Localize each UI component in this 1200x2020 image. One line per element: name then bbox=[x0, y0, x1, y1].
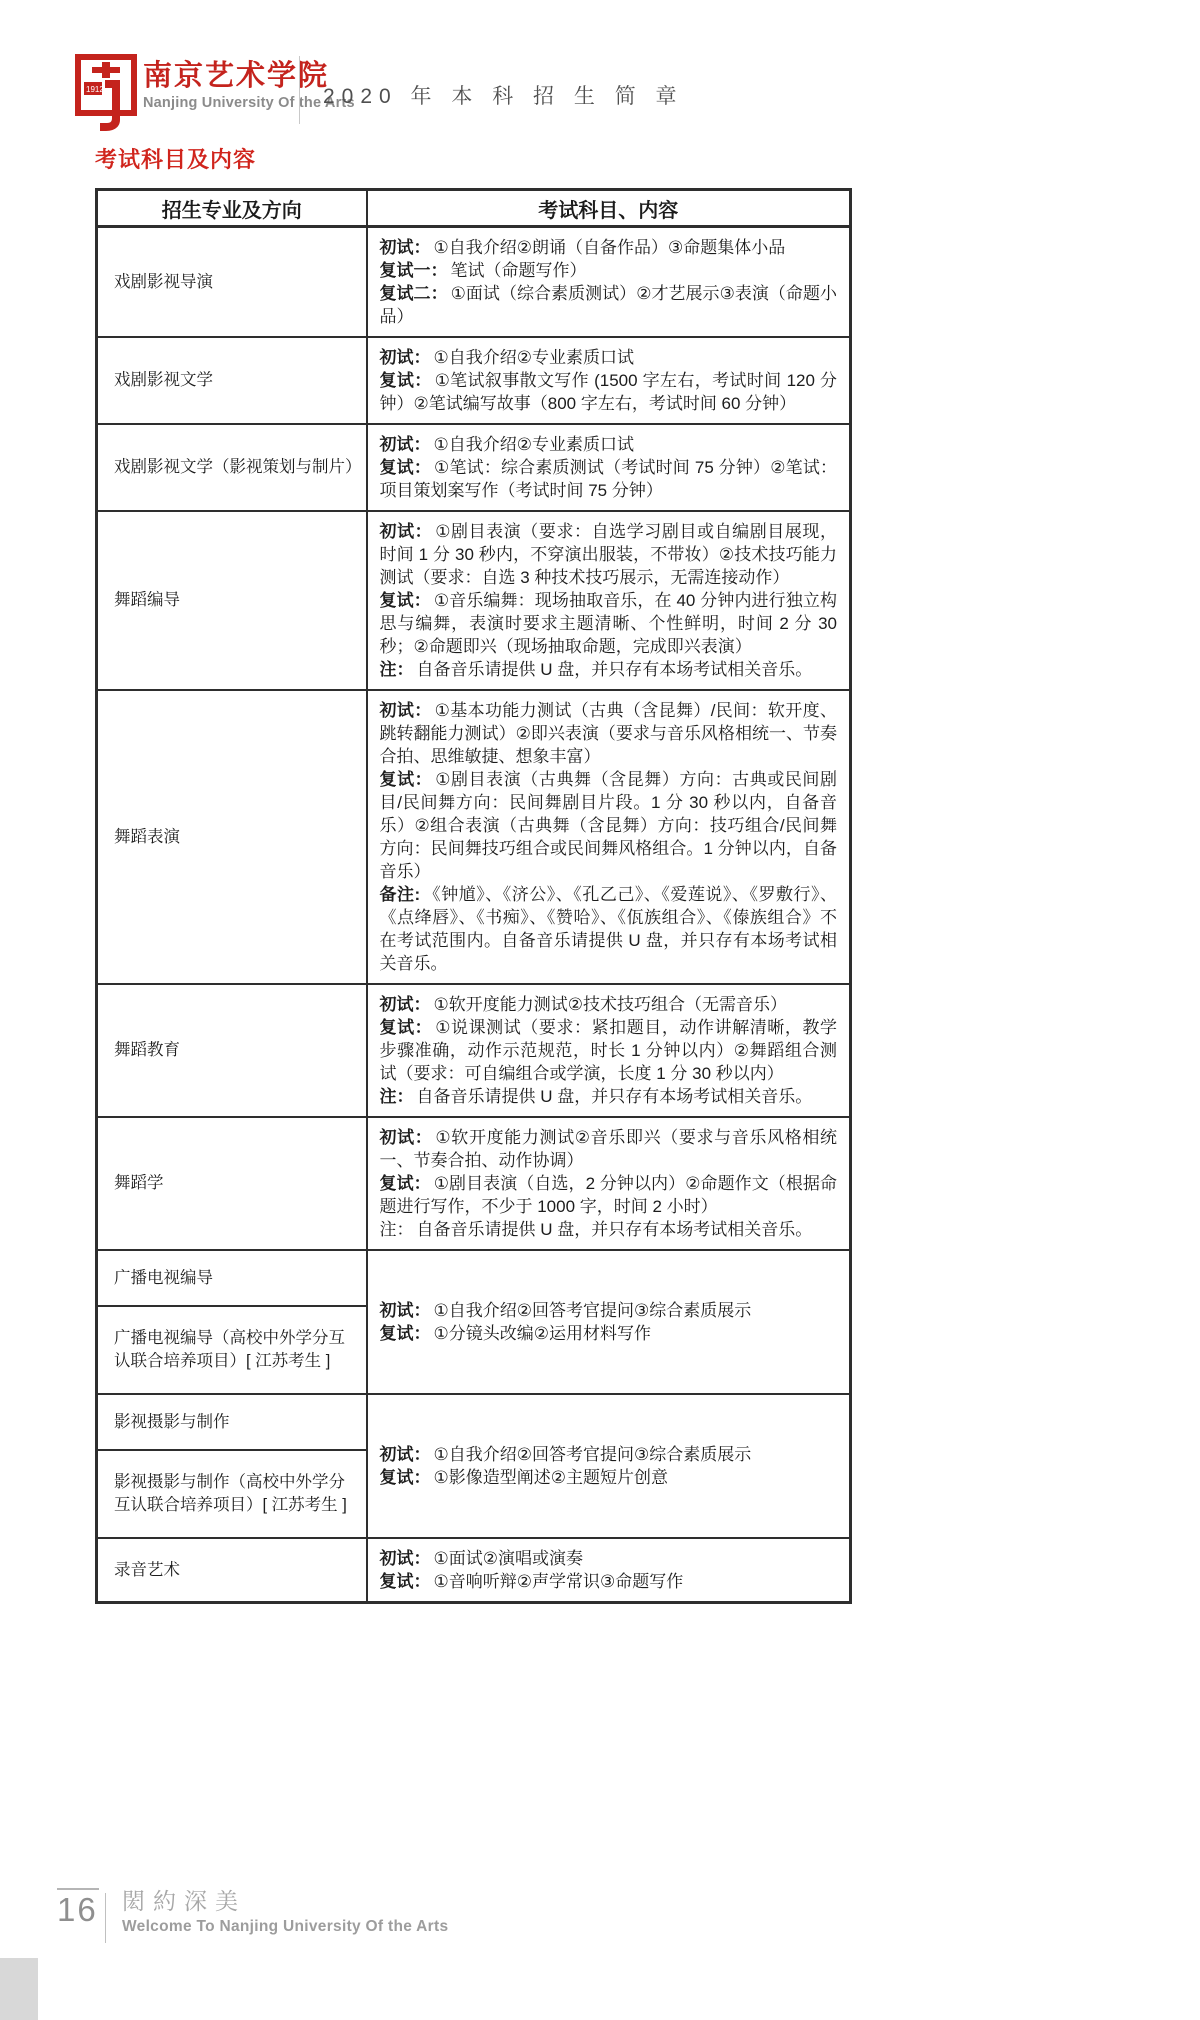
exam-stage-label: 复试： bbox=[380, 591, 431, 610]
major-cell: 戏剧影视文学 bbox=[97, 337, 367, 424]
exam-stage-label: 注： bbox=[380, 1220, 414, 1239]
page-number: 16 bbox=[57, 1891, 99, 1929]
major-cell: 戏剧影视文学（影视策划与制片） bbox=[97, 424, 367, 511]
table-header-row: 招生专业及方向 考试科目、内容 bbox=[97, 190, 851, 227]
exam-stage-label: 复试： bbox=[380, 458, 432, 477]
exam-content-cell: 初试：①剧目表演（要求：自选学习剧目或自编剧目展现，时间 1 分 30 秒内，不… bbox=[367, 511, 851, 690]
exam-line: 复试：①分镜头改编②运用材料写作 bbox=[380, 1322, 838, 1345]
exam-stage-label: 复试： bbox=[380, 770, 433, 789]
table-row: 影视摄影与制作初试：①自我介绍②回答考官提问③综合素质展示复试：①影像造型阐述②… bbox=[97, 1394, 851, 1450]
table-row: 戏剧影视导演初试：①自我介绍②朗诵（自备作品）③命题集体小品复试一：笔试（命题写… bbox=[97, 227, 851, 338]
exam-stage-label: 复试： bbox=[380, 1468, 431, 1487]
exam-line: 初试：①软开度能力测试②技术技巧组合（无需音乐） bbox=[380, 993, 838, 1016]
exam-subjects-table: 招生专业及方向 考试科目、内容 戏剧影视导演初试：①自我介绍②朗诵（自备作品）③… bbox=[95, 188, 852, 1604]
exam-stage-label: 复试： bbox=[380, 1324, 431, 1343]
major-cell: 影视摄影与制作 bbox=[97, 1394, 367, 1450]
brochure-page: 1912 南京艺术学院 Nanjing University Of the Ar… bbox=[0, 0, 1200, 2020]
document-title: 2020 年 本 科 招 生 简 章 bbox=[323, 80, 684, 110]
exam-line: 初试：①软开度能力测试②音乐即兴（要求与音乐风格相统一、节奏合拍、动作协调） bbox=[380, 1126, 838, 1172]
table-body: 戏剧影视导演初试：①自我介绍②朗诵（自备作品）③命题集体小品复试一：笔试（命题写… bbox=[97, 227, 851, 1603]
exam-stage-label: 复试： bbox=[380, 1572, 431, 1591]
major-cell: 舞蹈学 bbox=[97, 1117, 367, 1250]
exam-line: 复试：①剧目表演（古典舞（含昆舞）方向：古典或民间剧目/民间舞方向：民间舞剧目片… bbox=[380, 768, 838, 883]
exam-stage-label: 初试： bbox=[380, 348, 431, 367]
major-cell: 录音艺术 bbox=[97, 1538, 367, 1603]
col-header-majors: 招生专业及方向 bbox=[97, 190, 367, 227]
footer-divider bbox=[105, 1893, 106, 1943]
logo-year: 1912 bbox=[86, 85, 104, 94]
table-row: 录音艺术初试：①面试②演唱或演奏复试：①音响听辩②声学常识③命题写作 bbox=[97, 1538, 851, 1603]
section-title: 考试科目及内容 bbox=[95, 143, 256, 174]
exam-line: 复试：①笔试叙事散文写作 (1500 字左右，考试时间 120 分钟）②笔试编写… bbox=[380, 369, 838, 415]
exam-line: 初试：①基本功能力测试（古典（含昆舞）/民间：软开度、跳转翻能力测试）②即兴表演… bbox=[380, 699, 838, 768]
footer-text-block: 閎約深美 Welcome To Nanjing University Of th… bbox=[122, 1888, 448, 1936]
exam-line: 初试：①自我介绍②专业素质口试 bbox=[380, 433, 838, 456]
exam-stage-label: 备注: bbox=[380, 885, 421, 904]
page-footer: 16 閎約深美 Welcome To Nanjing University Of… bbox=[57, 1888, 448, 1943]
major-cell: 影视摄影与制作（高校中外学分互认联合培养项目）[ 江苏考生 ] bbox=[97, 1450, 367, 1538]
welcome-text: Welcome To Nanjing University Of the Art… bbox=[122, 1918, 448, 1936]
exam-line: 初试：①自我介绍②专业素质口试 bbox=[380, 346, 838, 369]
exam-line: 初试：①自我介绍②朗诵（自备作品）③命题集体小品 bbox=[380, 236, 838, 259]
major-cell: 戏剧影视导演 bbox=[97, 227, 367, 338]
exam-line: 初试：①自我介绍②回答考官提问③综合素质展示 bbox=[380, 1299, 838, 1322]
exam-line: 复试：①影像造型阐述②主题短片创意 bbox=[380, 1466, 838, 1489]
exam-line: 复试：①笔试：综合素质测试（考试时间 75 分钟）②笔试：项目策划案写作（考试时… bbox=[380, 456, 838, 502]
exam-stage-label: 初试： bbox=[380, 238, 431, 257]
table-row: 舞蹈表演初试：①基本功能力测试（古典（含昆舞）/民间：软开度、跳转翻能力测试）②… bbox=[97, 690, 851, 984]
university-seal-icon: 1912 bbox=[75, 54, 137, 132]
university-logo: 1912 bbox=[75, 54, 137, 132]
exam-stage-label: 注： bbox=[380, 660, 414, 679]
table-row: 戏剧影视文学初试：①自我介绍②专业素质口试复试：①笔试叙事散文写作 (1500 … bbox=[97, 337, 851, 424]
exam-stage-label: 初试： bbox=[380, 1128, 433, 1147]
exam-line: 注：自备音乐请提供 U 盘，并只存有本场考试相关音乐。 bbox=[380, 1085, 838, 1108]
exam-stage-label: 复试： bbox=[380, 371, 432, 390]
exam-content-cell: 初试：①基本功能力测试（古典（含昆舞）/民间：软开度、跳转翻能力测试）②即兴表演… bbox=[367, 690, 851, 984]
exam-content-cell: 初试：①自我介绍②专业素质口试复试：①笔试叙事散文写作 (1500 字左右，考试… bbox=[367, 337, 851, 424]
exam-content-cell: 初试：①面试②演唱或演奏复试：①音响听辩②声学常识③命题写作 bbox=[367, 1538, 851, 1603]
table-row: 舞蹈教育初试：①软开度能力测试②技术技巧组合（无需音乐）复试：①说课测试（要求：… bbox=[97, 984, 851, 1117]
major-cell: 舞蹈编导 bbox=[97, 511, 367, 690]
table-head: 招生专业及方向 考试科目、内容 bbox=[97, 190, 851, 227]
table-row: 戏剧影视文学（影视策划与制片）初试：①自我介绍②专业素质口试复试：①笔试：综合素… bbox=[97, 424, 851, 511]
exam-line: 备注:《钟馗》、《济公》、《孔乙己》、《爱莲说》、《罗敷行》、《点绛唇》、《书痴… bbox=[380, 883, 838, 975]
exam-line: 复试：①音响听辩②声学常识③命题写作 bbox=[380, 1570, 838, 1593]
exam-stage-label: 复试： bbox=[380, 1174, 431, 1193]
exam-stage-label: 初试： bbox=[380, 1301, 431, 1320]
exam-content-cell: 初试：①软开度能力测试②技术技巧组合（无需音乐）复试：①说课测试（要求：紧扣题目… bbox=[367, 984, 851, 1117]
exam-content-cell: 初试：①自我介绍②专业素质口试复试：①笔试：综合素质测试（考试时间 75 分钟）… bbox=[367, 424, 851, 511]
exam-content-cell: 初试：①自我介绍②回答考官提问③综合素质展示复试：①影像造型阐述②主题短片创意 bbox=[367, 1394, 851, 1538]
exam-line: 复试：①剧目表演（自选，2 分钟以内）②命题作文（根据命题进行写作，不少于 10… bbox=[380, 1172, 838, 1218]
exam-content-cell: 初试：①软开度能力测试②音乐即兴（要求与音乐风格相统一、节奏合拍、动作协调）复试… bbox=[367, 1117, 851, 1250]
exam-line: 初试：①剧目表演（要求：自选学习剧目或自编剧目展现，时间 1 分 30 秒内，不… bbox=[380, 520, 838, 589]
table-row: 舞蹈编导初试：①剧目表演（要求：自选学习剧目或自编剧目展现，时间 1 分 30 … bbox=[97, 511, 851, 690]
exam-content-cell: 初试：①自我介绍②回答考官提问③综合素质展示复试：①分镜头改编②运用材料写作 bbox=[367, 1250, 851, 1394]
table-row: 舞蹈学初试：①软开度能力测试②音乐即兴（要求与音乐风格相统一、节奏合拍、动作协调… bbox=[97, 1117, 851, 1250]
exam-stage-label: 初试： bbox=[380, 1549, 431, 1568]
exam-content-cell: 初试：①自我介绍②朗诵（自备作品）③命题集体小品复试一：笔试（命题写作）复试二：… bbox=[367, 227, 851, 338]
motto-calligraphy: 閎約深美 bbox=[122, 1888, 448, 1915]
table-row: 广播电视编导初试：①自我介绍②回答考官提问③综合素质展示复试：①分镜头改编②运用… bbox=[97, 1250, 851, 1306]
exam-line: 复试一：笔试（命题写作） bbox=[380, 259, 838, 282]
exam-stage-label: 复试一： bbox=[380, 261, 448, 280]
header-divider bbox=[299, 56, 300, 124]
exam-line: 注：自备音乐请提供 U 盘，并只存有本场考试相关音乐。 bbox=[380, 1218, 838, 1241]
exam-stage-label: 初试： bbox=[380, 435, 431, 454]
exam-line: 复试二：①面试（综合素质测试）②才艺展示③表演（命题小品） bbox=[380, 282, 838, 328]
exam-stage-label: 注： bbox=[380, 1087, 414, 1106]
exam-line: 注：自备音乐请提供 U 盘，并只存有本场考试相关音乐。 bbox=[380, 658, 838, 681]
exam-stage-label: 初试： bbox=[380, 522, 433, 541]
exam-line: 复试：①说课测试（要求：紧扣题目，动作讲解清晰，教学步骤准确，动作示范规范，时长… bbox=[380, 1016, 838, 1085]
major-cell: 舞蹈教育 bbox=[97, 984, 367, 1117]
major-cell: 舞蹈表演 bbox=[97, 690, 367, 984]
exam-stage-label: 复试： bbox=[380, 1018, 433, 1037]
major-cell: 广播电视编导（高校中外学分互认联合培养项目）[ 江苏考生 ] bbox=[97, 1306, 367, 1394]
exam-line: 初试：①面试②演唱或演奏 bbox=[380, 1547, 838, 1570]
exam-line: 初试：①自我介绍②回答考官提问③综合素质展示 bbox=[380, 1443, 838, 1466]
corner-decoration bbox=[0, 1958, 38, 2020]
exam-stage-label: 复试二： bbox=[380, 284, 448, 303]
exam-line: 复试：①音乐编舞：现场抽取音乐，在 40 分钟内进行独立构思与编舞，表演时要求主… bbox=[380, 589, 838, 658]
page-header: 1912 南京艺术学院 Nanjing University Of the Ar… bbox=[75, 52, 1125, 136]
exam-stage-label: 初试： bbox=[380, 701, 432, 720]
col-header-content: 考试科目、内容 bbox=[367, 190, 851, 227]
major-cell: 广播电视编导 bbox=[97, 1250, 367, 1306]
exam-stage-label: 初试： bbox=[380, 995, 431, 1014]
exam-stage-label: 初试： bbox=[380, 1445, 431, 1464]
page-number-block: 16 bbox=[57, 1888, 99, 1929]
